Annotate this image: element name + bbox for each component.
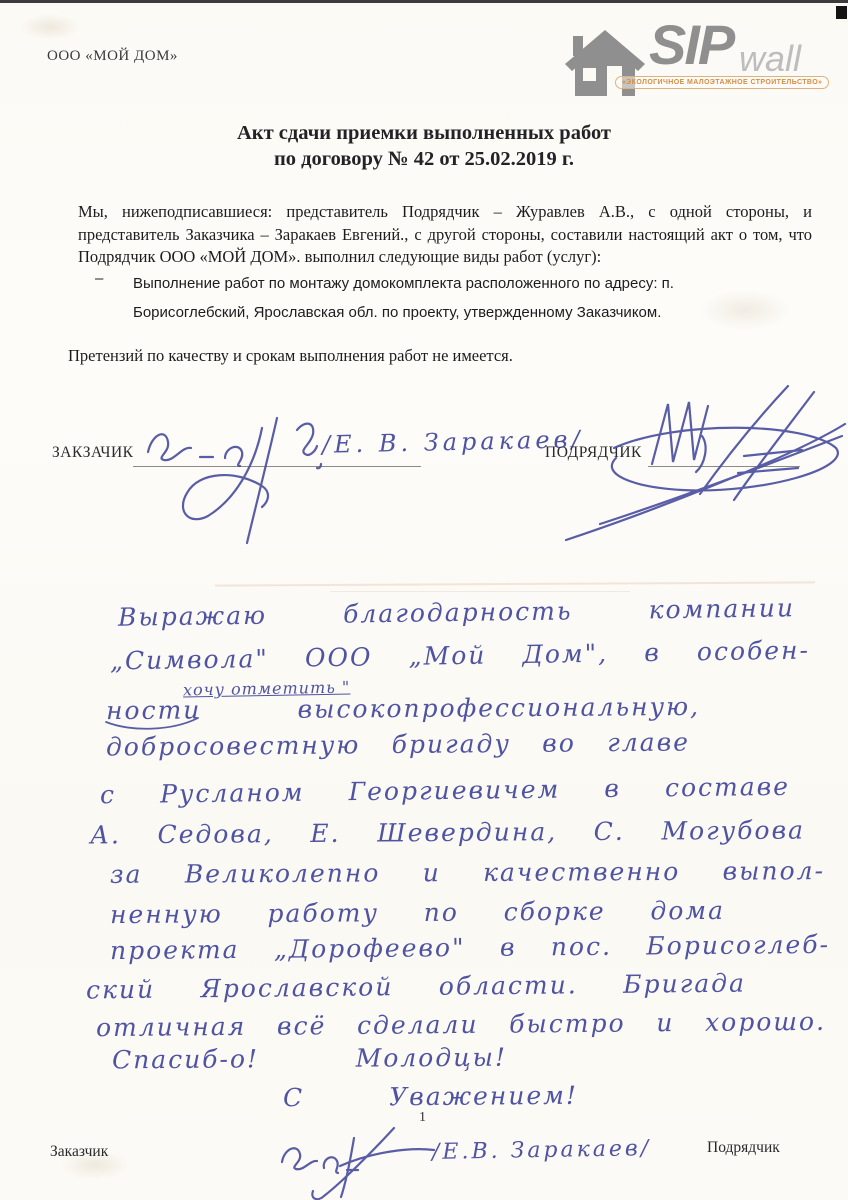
handwritten-line: добросовестную бригаду во главе <box>106 727 690 761</box>
intro-paragraph: Мы, нижеподписавшиеся: представитель Под… <box>78 201 812 269</box>
handwritten-line: А. Седова, Е. Шевердина, С. Могубова <box>90 816 805 850</box>
handwritten-line: проекта „Дорофеево" в пос. Борисоглеб- <box>110 930 830 965</box>
paper-crease <box>330 591 630 592</box>
footer-customer-label: Заказчик <box>50 1143 108 1161</box>
handwritten-line: отличная всё сделали быстро и хорошо. <box>96 1007 826 1042</box>
company-name: ООО «МОЙ ДОМ» <box>47 48 178 65</box>
handwritten-line: ский Ярославской области. Бригада <box>86 969 746 1005</box>
contractor-signature-label: ПОДРЯДЧИК <box>545 444 642 462</box>
handwritten-line: ненную работу по сборке дома <box>110 896 725 929</box>
title-line-2: по договору № 42 от 25.02.2019 г. <box>0 146 848 172</box>
handwritten-line: Выражаю благодарность компании <box>118 593 795 631</box>
contractor-signature-line <box>648 466 800 467</box>
handwritten-line: „Символа" ООО „Мой Дом", в особен- <box>110 636 810 676</box>
sipwall-logo: SIP wall «ЭКОЛОГИЧНОЕ МАЛОЭТАЖНОЕ СТРОИТ… <box>563 26 813 98</box>
document-title: Акт сдачи приемки выполненных работ по д… <box>0 120 848 172</box>
bullet-text: Выполнение работ по монтажу домокомплект… <box>133 270 788 327</box>
scan-corner-artifact <box>836 6 847 19</box>
handwritten-line: С Уважением! <box>283 1081 578 1113</box>
bullet-dash: – <box>95 270 103 287</box>
scan-smudge <box>20 14 80 40</box>
paper-crease <box>215 581 815 586</box>
customer-signature-label: ЗАКЗАЧИК <box>52 444 134 462</box>
handwritten-line: Спасиб-о! Молодцы! <box>112 1043 507 1075</box>
scan-edge-artifact <box>0 0 848 3</box>
scanned-document-page: ООО «МОЙ ДОМ» SIP wall «ЭКОЛОГИЧНОЕ МАЛО… <box>0 0 848 1200</box>
no-claims-line: Претензий по качеству и срокам выполнени… <box>68 346 513 366</box>
logo-wall-text: wall <box>739 38 801 80</box>
handwritten-line: ности высокопрофессиональную, <box>106 692 700 725</box>
handwritten-line: с Русланом Георгиевичем в составе <box>100 772 790 809</box>
customer-signature-line <box>133 466 421 467</box>
handwritten-line: за Великолепно и качественно выпол- <box>110 856 825 889</box>
title-line-1: Акт сдачи приемки выполненных работ <box>0 120 848 146</box>
footer-contractor-label: Подрядчик <box>707 1139 780 1157</box>
page-number: 1 <box>419 1110 426 1126</box>
footer-written-name: /Е.В. Заракаев/ <box>432 1136 652 1165</box>
logo-tagline: «ЭКОЛОГИЧНОЕ МАЛОЭТАЖНОЕ СТРОИТЕЛЬСТВО» <box>615 76 829 89</box>
logo-sip-text: SIP <box>649 12 733 77</box>
